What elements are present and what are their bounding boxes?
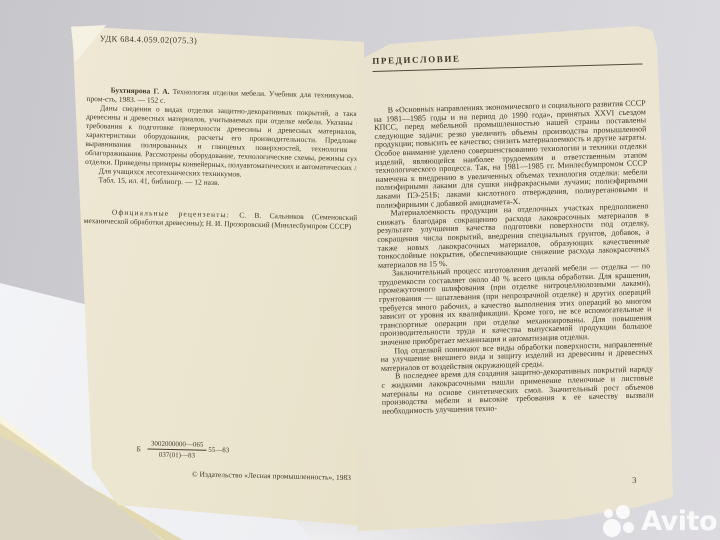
code-denominator: 037(01)—83 (148, 449, 207, 459)
avito-dot (604, 509, 613, 518)
preface-heading: ПРЕДИСЛОВИЕ (372, 48, 644, 66)
avito-dot (616, 505, 630, 519)
watermark: Avito (603, 505, 717, 538)
imprint-block: Бухтиярова Г. А. Технология отделки мебе… (85, 85, 399, 191)
watermark-wordmark: Avito (641, 508, 717, 535)
abstract: Даны сведения о видах отделки защитно-де… (85, 103, 398, 173)
page-number: 3 (632, 475, 637, 485)
right-page-text: ПРЕДИСЛОВИЕ В «Основных направлениях эко… (372, 42, 654, 416)
preface-paragraph: В последнее время для создания защитно-д… (381, 366, 654, 417)
code-suffix: 55—83 (208, 445, 229, 453)
preface-paragraph: В «Основных направлениях экономического … (374, 99, 649, 210)
code-letter: Б (136, 444, 141, 453)
book-photo: УДК 684.4.059.02(075.3) Бухтиярова Г. А.… (0, 0, 720, 540)
avito-dot (603, 519, 621, 537)
code-fraction: 3002000000—065 037(01)—83 (148, 439, 207, 459)
preface-body: В «Основных направлениях экономического … (374, 99, 655, 416)
preface-paragraph: Материалоемкость продукции на отделочных… (376, 202, 650, 270)
preface-paragraph: Заключительный процесс изготовления дета… (378, 263, 652, 348)
book-code: Б 3002000000—065 037(01)—83 55—83 (136, 439, 229, 460)
avito-dot (623, 522, 634, 533)
avito-circles-icon (603, 505, 634, 538)
